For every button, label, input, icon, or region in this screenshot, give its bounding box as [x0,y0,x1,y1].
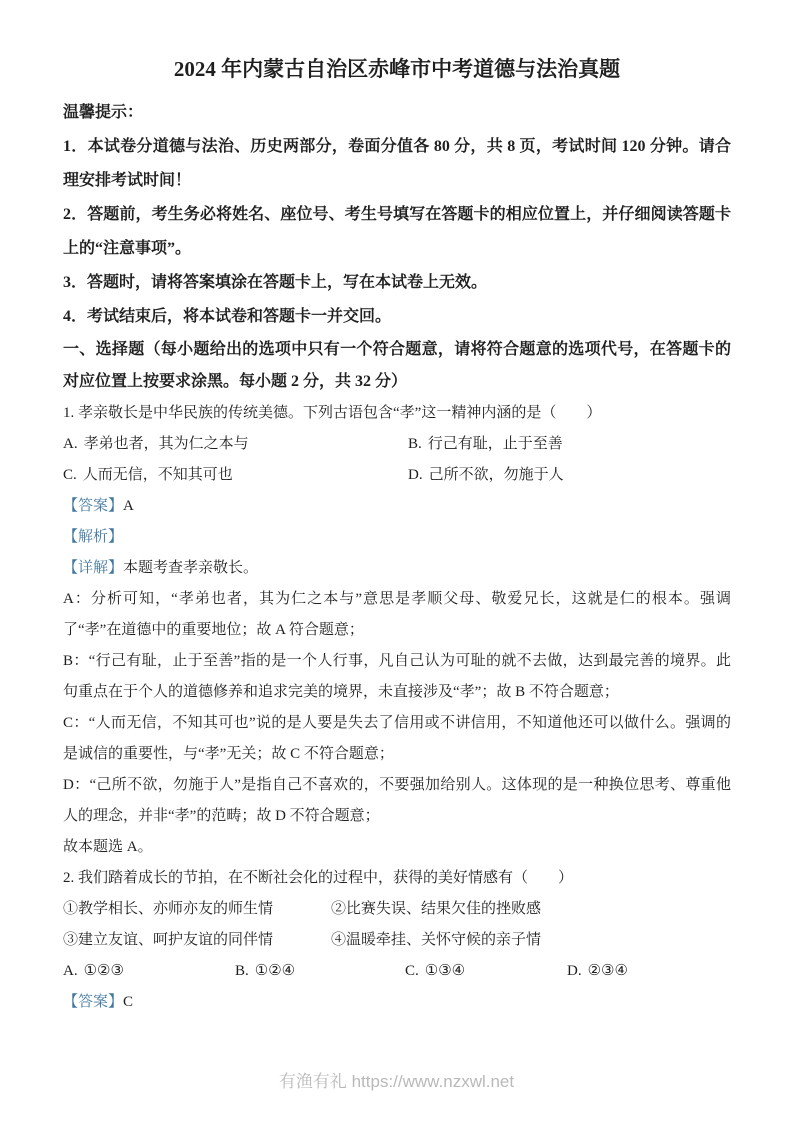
exam-document-page: 2024 年内蒙古自治区赤峰市中考道德与法治真题 温馨提示： 1．本试卷分道德与… [0,0,793,1122]
question-2-statements-row-2: ③建立友谊、呵护友谊的同伴情 ④温暖牵挂、关怀守候的亲子情 [63,925,731,956]
question-2-statement-2: ②比赛失误、结果欠佳的挫败感 [331,894,731,925]
question-2-answer-line: 【答案】C [63,987,731,1018]
option-text: ②③④ [588,963,628,979]
question-1-options-row-1: A.孝弟也者，其为仁之本与 B.行己有耻，止于至善 [63,429,731,460]
option-text: 行己有耻，止于至善 [428,436,563,452]
question-1-answer-line: 【答案】A [63,491,731,522]
option-label: A. [63,436,78,452]
question-1-detail-paragraph-b: B：“行己有耻，止于至善”指的是一个人行事，凡自己认为可耻的就不去做，达到最完善… [63,646,731,708]
question-2-stem: 2. 我们踏着成长的节拍，在不断社会化的过程中，获得的美好情感有（ ） [63,863,731,894]
question-1-option-b: B.行己有耻，止于至善 [408,429,731,460]
answer-value: C [123,994,133,1010]
notice-item-1: 1．本试卷分道德与法治、历史两部分，卷面分值各 80 分，共 8 页，考试时间 … [63,130,731,198]
option-text: 人而无信，不知其可也 [83,467,233,483]
notice-item-3: 3．答题时，请将答案填涂在答题卡上，写在本试卷上无效。 [63,266,731,300]
question-1-option-c: C.人而无信，不知其可也 [63,460,408,491]
question-1-analysis-label: 【解析】 [63,522,731,553]
footer-watermark: 有渔有礼 https://www.nzxwl.net [0,1067,793,1092]
question-1-detail-conclusion: 故本题选 A。 [63,832,731,863]
section-heading: 一、选择题（每小题给出的选项中只有一个符合题意，请将符合题意的选项代号，在答题卡… [63,334,731,398]
option-label: C. [405,963,419,979]
question-2-option-b: B.①②④ [235,956,405,987]
option-label: D. [567,963,582,979]
question-2-statements-row-1: ①教学相长、亦师亦友的师生情 ②比赛失误、结果欠佳的挫败感 [63,894,731,925]
page-title: 2024 年内蒙古自治区赤峰市中考道德与法治真题 [63,54,731,84]
question-2-options-row: A.①②③ B.①②④ C.①③④ D.②③④ [63,956,731,987]
option-label: A. [63,963,78,979]
option-label: B. [235,963,249,979]
answer-value: A [123,498,134,514]
question-2-option-c: C.①③④ [405,956,567,987]
question-1-option-d: D.己所不欲，勿施于人 [408,460,731,491]
option-label: D. [408,467,423,483]
option-text: ①③④ [425,963,465,979]
option-label: B. [408,436,422,452]
question-1-detail-paragraph-c: C：“人而无信，不知其可也”说的是人要是失去了信用或不讲信用，不知道他还可以做什… [63,708,731,770]
question-1-detail-line: 【详解】本题考查孝亲敬长。 [63,553,731,584]
option-label: C. [63,467,77,483]
option-text: ①②③ [84,963,124,979]
question-1-detail-paragraph-d: D：“己所不欲，勿施于人”是指自己不喜欢的，不要强加给别人。这体现的是一种换位思… [63,770,731,832]
question-2-statement-4: ④温暖牵挂、关怀守候的亲子情 [331,925,731,956]
question-1-stem: 1. 孝亲敬长是中华民族的传统美德。下列古语包含“孝”这一精神内涵的是（ ） [63,398,731,429]
question-2-option-a: A.①②③ [63,956,235,987]
answer-marker: 【答案】 [63,994,123,1010]
option-text: ①②④ [255,963,295,979]
question-1-detail-paragraph-a: A：分析可知，“孝弟也者，其为仁之本与”意思是孝顺父母、敬爱兄长，这就是仁的根本… [63,584,731,646]
detail-marker: 【详解】 [63,560,123,576]
option-text: 己所不欲，勿施于人 [429,467,564,483]
notice-item-2: 2．答题前，考生务必将姓名、座位号、考生号填写在答题卡的相应位置上，并仔细阅读答… [63,198,731,266]
question-1-option-a: A.孝弟也者，其为仁之本与 [63,429,408,460]
detail-intro: 本题考查孝亲敬长。 [123,560,258,576]
question-2-option-d: D.②③④ [567,956,731,987]
answer-marker: 【答案】 [63,498,123,514]
question-1-options-row-2: C.人而无信，不知其可也 D.己所不欲，勿施于人 [63,460,731,491]
notice-heading: 温馨提示： [63,96,731,130]
option-text: 孝弟也者，其为仁之本与 [84,436,249,452]
question-2-statement-1: ①教学相长、亦师亦友的师生情 [63,894,331,925]
notice-item-4: 4．考试结束后，将本试卷和答题卡一并交回。 [63,300,731,334]
question-2-statement-3: ③建立友谊、呵护友谊的同伴情 [63,925,331,956]
